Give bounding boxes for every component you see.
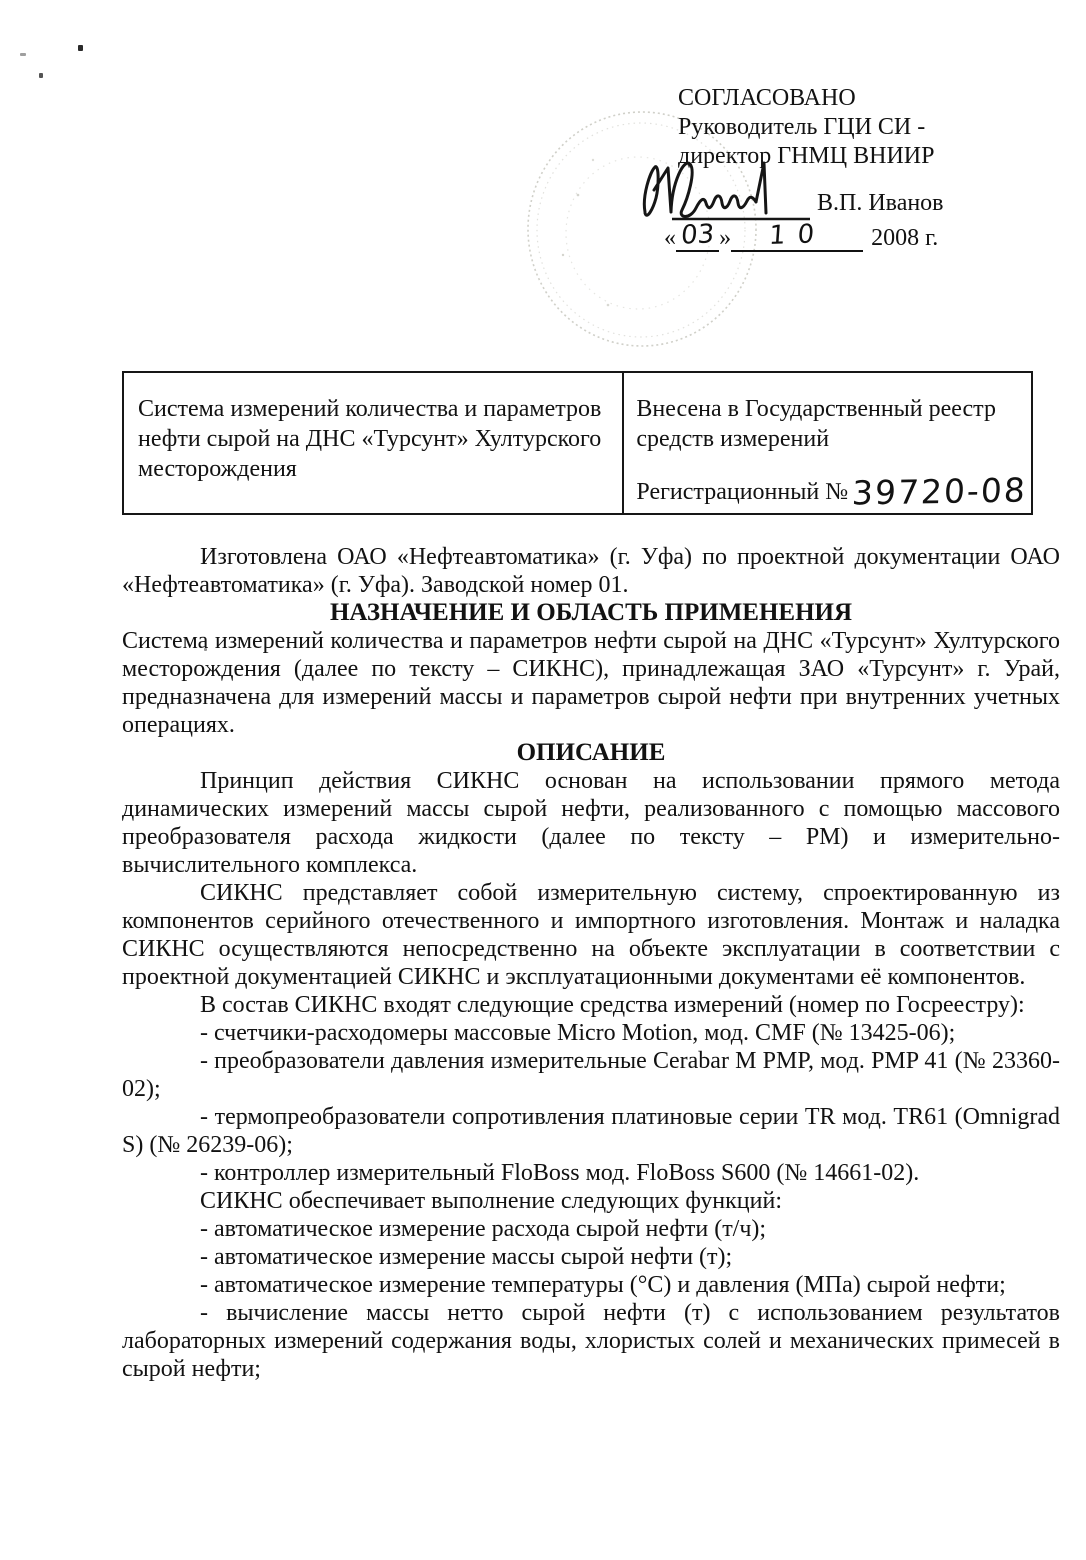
function-item: - вычисление массы нетто сырой нефти (т)…: [122, 1299, 1060, 1383]
date-day-handwritten: 03: [680, 219, 715, 250]
registration-line: Регистрационный №39720-08: [636, 477, 1027, 507]
registration-label: Регистрационный №: [636, 479, 848, 505]
date-open-quote: «: [664, 225, 676, 252]
approval-date: «03»102008 г.: [664, 220, 938, 252]
functions-intro: СИКНС обеспечивает выполнение следующих …: [122, 1187, 1060, 1215]
document-body: Изготовлена ОАО «Нефтеавтоматика» (г. Уф…: [122, 543, 1060, 1383]
heading-description: ОПИСАНИЕ: [122, 739, 1060, 767]
scan-speck: [20, 53, 26, 56]
signer-name: В.П. Иванов: [817, 190, 944, 217]
composition-item: - счетчики-расходомеры массовые Micro Mo…: [122, 1019, 1060, 1047]
date-month-handwritten: 10: [768, 219, 827, 251]
paragraph-manufactured: Изготовлена ОАО «Нефтеавтоматика» (г. Уф…: [122, 543, 1060, 599]
registry-table: Система измерений количества и параметро…: [122, 371, 1033, 515]
scan-speck: [78, 45, 83, 51]
document-page: СОГЛАСОВАНО Руководитель ГЦИ СИ - директ…: [0, 0, 1086, 1560]
registration-number-handwritten: 39720-08: [851, 475, 1027, 508]
paragraph-purpose: Система измерений количества и параметро…: [122, 627, 1060, 739]
registry-statement: Внесена в Государственный реестр средств…: [636, 394, 1027, 454]
approver-title-line1: Руководитель ГЦИ СИ -: [678, 113, 1008, 142]
date-year: 2008 г.: [871, 225, 938, 252]
heading-purpose: НАЗНАЧЕНИЕ И ОБЛАСТЬ ПРИМЕНЕНИЯ: [122, 599, 1060, 627]
composition-item: - преобразователи давления измерительные…: [122, 1047, 1060, 1103]
scan-speck: [39, 73, 43, 78]
function-item: - автоматическое измерение температуры (…: [122, 1271, 1060, 1299]
function-item: - автоматическое измерение массы сырой н…: [122, 1243, 1060, 1271]
composition-intro: В состав СИКНС входят следующие средства…: [122, 991, 1060, 1019]
agreed-label: СОГЛАСОВАНО: [678, 84, 1008, 113]
paragraph-description-2: СИКНС представляет собой измерительную с…: [122, 879, 1060, 991]
registry-cell: Внесена в Государственный реестр средств…: [622, 373, 1031, 513]
date-close-quote: »: [719, 225, 731, 252]
system-title-cell: Система измерений количества и параметро…: [124, 373, 622, 513]
paragraph-description-1: Принцип действия СИКНС основан на исполь…: [122, 767, 1060, 879]
composition-item: - контроллер измерительный FloBoss мод. …: [122, 1159, 1060, 1187]
function-item: - автоматическое измерение расхода сырой…: [122, 1215, 1060, 1243]
composition-item: - термопреобразователи сопротивления пла…: [122, 1103, 1060, 1159]
